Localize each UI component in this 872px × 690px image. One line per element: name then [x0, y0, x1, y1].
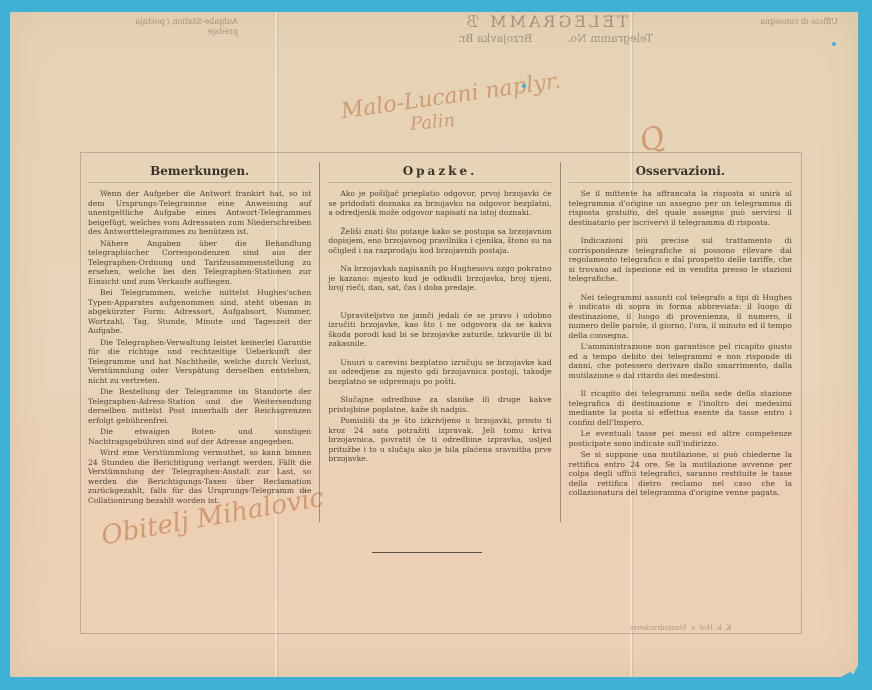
paragraph: Die Telegraphen-Verwaltung leistet keine…: [88, 338, 311, 386]
paragraph: Ako je pošiljač prieplatio odgovor, prvo…: [328, 189, 551, 218]
paragraph: Želiši znati što potanje kako se postupa…: [328, 227, 551, 256]
column-heading: Bemerkungen.: [88, 164, 311, 183]
printer-imprint: K. k. Hof- u. Staatsdruckerei: [630, 624, 731, 632]
paragraph: Upraviteljstvo ne jamči jedali će se pra…: [328, 311, 551, 349]
column-heading: Opazke.: [328, 164, 551, 183]
paragraph: Na brzojavkah napisanih po Hughesovu ozg…: [328, 264, 551, 293]
paragraph: Le eventuali tasse pei messi ed altre co…: [569, 429, 792, 448]
paper-hole: [832, 42, 836, 46]
column-italian: Osservazioni. Se il mittente ha affranca…: [560, 162, 800, 522]
column-heading: Osservazioni.: [569, 164, 792, 183]
paragraph: Die Bestellung der Telegramme im Standor…: [88, 387, 311, 425]
signature-line: [372, 552, 482, 553]
paragraph: Die etwaigen Boten- und sonstigen Nachtr…: [88, 427, 311, 446]
handwriting-name: Palin: [409, 110, 456, 135]
notes-columns: Bemerkungen. Wenn der Aufgeber die Antwo…: [80, 162, 800, 522]
paragraph: Bei Telegrammen, welche mittelst Hughes'…: [88, 288, 311, 336]
paper-hole: [522, 84, 526, 88]
paragraph: Indicazioni più precise sul trattamento …: [569, 236, 792, 284]
paragraph: Se si suppone una mutilazione, si può ch…: [569, 450, 792, 498]
paragraph: Wird eine Verstümmlung vermuthet, so kan…: [88, 448, 311, 505]
bleed-title: TELEGRAMM ℬ: [464, 12, 628, 31]
paragraph: Slučajne odredbine za slanike ili druge …: [328, 395, 551, 414]
paragraph: L'amministrazione non garantisce pel ric…: [569, 342, 792, 380]
bleed-through-header: Ufficio di consegna TELEGRAMM ℬ Telegram…: [10, 12, 858, 52]
paragraph: Nei telegrammi assunti col telegrafo a t…: [569, 293, 792, 341]
paragraph: Unuiri u carevini bezplatno izručuju se …: [328, 358, 551, 387]
handwriting-address: Malo-Lucani naplyr.: [339, 69, 562, 125]
column-german: Bemerkungen. Wenn der Aufgeber die Antwo…: [80, 162, 319, 522]
telegram-sheet: Ufficio di consegna TELEGRAMM ℬ Telegram…: [10, 12, 858, 677]
paragraph: Wenn der Aufgeber die Antwort frankirt h…: [88, 189, 311, 237]
column-croatian: Opazke. Ako je pošiljač prieplatio odgov…: [319, 162, 559, 522]
bleed-left-label: Aufgabe-Station / postaja predaje: [118, 17, 238, 37]
paragraph: Il ricapito dei telegrammi nella sede de…: [569, 389, 792, 427]
paragraph: Pomisliši da je što izkrivljeno u brzoja…: [328, 416, 551, 464]
bleed-subtitle: Telegramm No. Brzojavka Br.: [458, 32, 653, 45]
bleed-subtitle-left: Brzojavka Br.: [458, 32, 532, 45]
paragraph: Se il mittente ha affrancata la risposta…: [569, 189, 792, 227]
bleed-right-label: Ufficio di consegna: [728, 17, 838, 27]
paragraph: Nähere Angaben über die Behandlung teleg…: [88, 239, 311, 287]
bleed-subtitle-right: Telegramm No.: [567, 32, 653, 45]
